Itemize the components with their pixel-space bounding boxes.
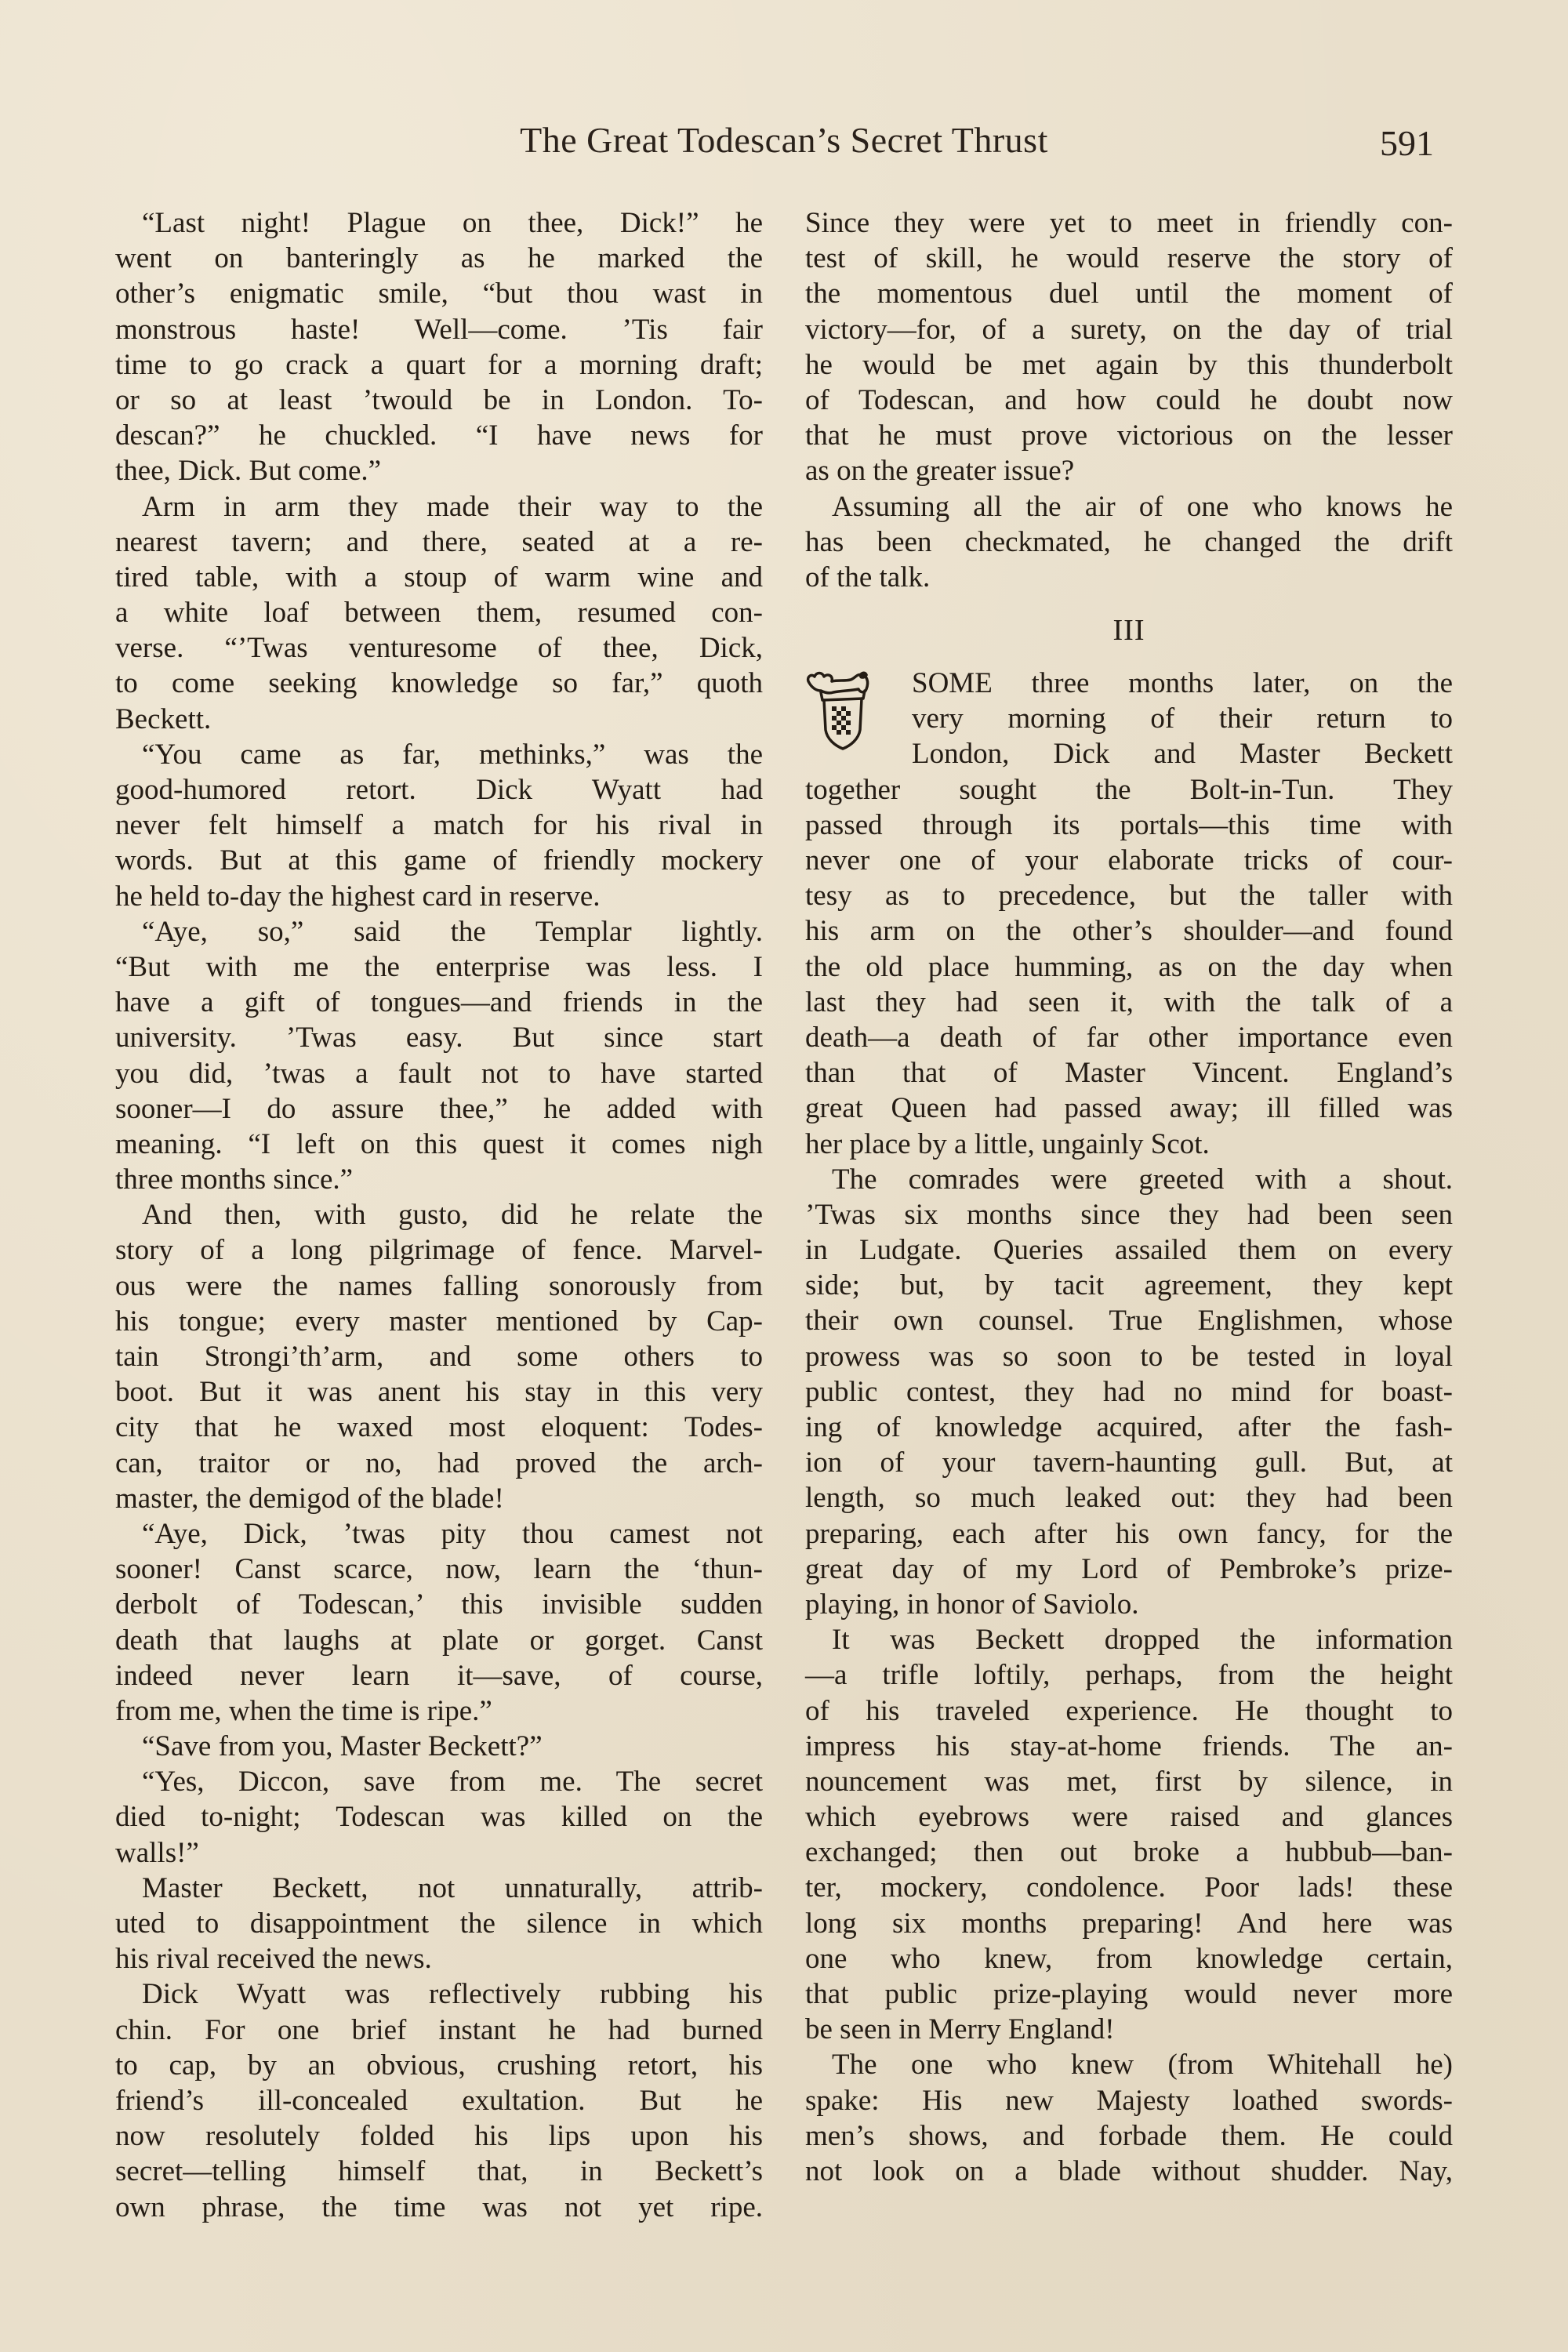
text-line: Since they were yet to meet in friendly … [805,205,1453,241]
text-line: London, Dick and Master Beckett [912,736,1453,771]
text-line: “But with me the enterprise was less. I [115,949,763,985]
text-line: has been checkmated, he changed the drif… [805,524,1453,560]
text-line: her place by a little, ungainly Scot. [805,1127,1453,1162]
text-line: master, the demigod of the blade! [115,1481,763,1516]
text-line: nouncement was met, first by silence, in [805,1764,1453,1799]
text-line: own phrase, the time was not yet ripe. [115,2190,763,2225]
text-line: went on banteringly as he marked the [115,241,763,276]
text-line: as on the greater issue? [805,453,1453,488]
text-line: can, traitor or no, had proved the arch- [115,1446,763,1481]
text-line: Arm in arm they made their way to the [115,489,763,524]
text-line: playing, in honor of Saviolo. [805,1587,1453,1622]
text-line: public contest, they had no mind for boa… [805,1374,1453,1410]
text-line: great day of my Lord of Pembroke’s prize… [805,1552,1453,1587]
text-line: secret—telling himself that, in Beckett’… [115,2154,763,2189]
text-line: be seen in Merry England! [805,2012,1453,2047]
text-line: Assuming all the air of one who knows he [805,489,1453,524]
text-line: “Last night! Plague on thee, Dick!” he [115,205,763,241]
text-line: have a gift of tongues—and friends in th… [115,985,763,1020]
text-line: last they had seen it, with the talk of … [805,985,1453,1020]
text-line: his tongue; every master mentioned by Ca… [115,1304,763,1339]
right-column: Since they were yet to meet in friendly … [805,205,1453,2189]
running-head: The Great Todescan’s Secret Thrust 591 [0,119,1568,166]
text-line: of the talk. [805,560,1453,595]
text-line: never one of your elaborate tricks of co… [805,843,1453,878]
text-line: thee, Dick. But come.” [115,453,763,488]
text-line: “Aye, so,” said the Templar lightly. [115,914,763,949]
text-line: men’s shows, and forbade them. He could [805,2118,1453,2154]
text-line: tain Strongi’th’arm, and some others to [115,1339,763,1374]
text-line: sooner—I do assure thee,” he added with [115,1091,763,1127]
text-line: other’s enigmatic smile, “but thou wast … [115,276,763,311]
text-line: nearest tavern; and there, seated at a r… [115,524,763,560]
text-line: died to-night; Todescan was killed on th… [115,1799,763,1835]
text-line: from me, when the time is ripe.” [115,1693,763,1729]
text-line: SOME three months later, on the [912,666,1453,701]
section-heading: III [805,595,1453,666]
text-line: uted to disappointment the silence in wh… [115,1906,763,1941]
text-line: victory—for, of a surety, on the day of … [805,312,1453,347]
text-line: And then, with gusto, did he relate the [115,1197,763,1232]
text-line: Dick Wyatt was reflectively rubbing his [115,1976,763,2012]
text-line: verse. “’Twas venturesome of thee, Dick, [115,630,763,666]
text-line: The comrades were greeted with a shout. [805,1162,1453,1197]
text-line: Beckett. [115,702,763,737]
text-line: their own counsel. True Englishmen, whos… [805,1303,1453,1338]
text-line: great Queen had passed away; ill filled … [805,1091,1453,1126]
text-line: spake: His new Majesty loathed swords- [805,2083,1453,2118]
text-line: “Yes, Diccon, save from me. The secret [115,1764,763,1799]
text-line: of his traveled experience. He thought t… [805,1693,1453,1729]
text-line: good-humored retort. Dick Wyatt had [115,772,763,808]
text-line: he would be met again by this thunderbol… [805,347,1453,383]
text-line: It was Beckett dropped the information [805,1622,1453,1657]
text-line: very morning of their return to [912,701,1453,736]
text-line: ter, mockery, condolence. Poor lads! the… [805,1870,1453,1905]
heraldic-crest-initial-icon [804,667,879,753]
text-line: death—a death of far other importance ev… [805,1020,1453,1055]
text-line: derbolt of Todescan,’ this invisible sud… [115,1587,763,1622]
text-line: descan?” he chuckled. “I have news for [115,418,763,453]
dropcap-lines: SOME three months later, on thevery morn… [805,666,1453,772]
text-line: “You came as far, methinks,” was the [115,737,763,772]
text-line: that public prize-playing would never mo… [805,1976,1453,2012]
text-line: impress his stay-at-home friends. The an… [805,1729,1453,1764]
text-line: his arm on the other’s shoulder—and foun… [805,913,1453,949]
text-line: that he must prove victorious on the les… [805,418,1453,453]
text-line: one who knew, from knowledge certain, [805,1941,1453,1976]
dropcap-paragraph: SOME three months later, on thevery morn… [805,666,1453,772]
text-line: ion of your tavern-haunting gull. But, a… [805,1445,1453,1480]
text-line: boot. But it was anent his stay in this … [115,1374,763,1410]
text-line: of Todescan, and how could he doubt now [805,383,1453,418]
text-line: city that he waxed most eloquent: Todes- [115,1410,763,1445]
text-line: a white loaf between them, resumed con- [115,595,763,630]
text-line: tesy as to precedence, but the taller wi… [805,878,1453,913]
text-line: not look on a blade without shudder. Nay… [805,2154,1453,2189]
text-line: “Save from you, Master Beckett?” [115,1729,763,1764]
text-line: in Ludgate. Queries assailed them on eve… [805,1232,1453,1268]
text-line: the old place humming, as on the day whe… [805,949,1453,985]
text-line: together sought the Bolt-in-Tun. They [805,772,1453,808]
text-line: his rival received the news. [115,1941,763,1976]
text-line: chin. For one brief instant he had burne… [115,2013,763,2048]
text-line: story of a long pilgrimage of fence. Mar… [115,1232,763,1268]
text-line: death that laughs at plate or gorget. Ca… [115,1623,763,1658]
text-line: Master Beckett, not unnaturally, attrib- [115,1871,763,1906]
text-line: sooner! Canst scarce, now, learn the ‘th… [115,1552,763,1587]
text-line: time to go crack a quart for a morning d… [115,347,763,383]
text-line: than that of Master Vincent. England’s [805,1055,1453,1091]
page-number: 591 [1380,122,1434,164]
text-line: The one who knew (from Whitehall he) [805,2047,1453,2082]
text-line: friend’s ill-concealed exultation. But h… [115,2083,763,2118]
right-column-text-after-dropcap: together sought the Bolt-in-Tun. Theypas… [805,772,1453,2190]
text-line: three months since.” [115,1162,763,1197]
text-line: ing of knowledge acquired, after the fas… [805,1410,1453,1445]
text-line: preparing, each after his own fancy, for… [805,1516,1453,1552]
running-title: The Great Todescan’s Secret Thrust [423,119,1145,161]
text-line: “Aye, Dick, ’twas pity thou camest not [115,1516,763,1552]
text-line: exchanged; then out broke a hubbub—ban- [805,1835,1453,1870]
text-line: to cap, by an obvious, crushing retort, … [115,2048,763,2083]
text-line: side; but, by tacit agreement, they kept [805,1268,1453,1303]
text-line: never felt himself a match for his rival… [115,808,763,843]
text-line: to come seeking knowledge so far,” quoth [115,666,763,701]
text-line: which eyebrows were raised and glances [805,1799,1453,1835]
text-line: ’Twas six months since they had been see… [805,1197,1453,1232]
text-line: the momentous duel until the moment of [805,276,1453,311]
text-line: —a trifle loftily, perhaps, from the hei… [805,1657,1453,1693]
text-line: university. ’Twas easy. But since start [115,1020,763,1055]
text-line: tired table, with a stoup of warm wine a… [115,560,763,595]
right-column-text-before-heading: Since they were yet to meet in friendly … [805,205,1453,595]
text-line: you did, ’twas a fault not to have start… [115,1056,763,1091]
text-line: words. But at this game of friendly mock… [115,843,763,878]
left-column: “Last night! Plague on thee, Dick!” hewe… [115,205,763,2225]
text-line: or so at least ’twould be in London. To- [115,383,763,418]
text-line: passed through its portals—this time wit… [805,808,1453,843]
text-line: ous were the names falling sonorously fr… [115,1269,763,1304]
text-line: test of skill, he would reserve the stor… [805,241,1453,276]
text-line: long six months preparing! And here was [805,1906,1453,1941]
text-line: prowess was so soon to be tested in loya… [805,1339,1453,1374]
text-line: indeed never learn it—save, of course, [115,1658,763,1693]
text-line: he held to-day the highest card in reser… [115,879,763,914]
text-line: meaning. “I left on this quest it comes … [115,1127,763,1162]
text-line: monstrous haste! Well—come. ’Tis fair [115,312,763,347]
text-line: length, so much leaked out: they had bee… [805,1480,1453,1515]
text-line: walls!” [115,1835,763,1871]
text-line: now resolutely folded his lips upon his [115,2118,763,2154]
